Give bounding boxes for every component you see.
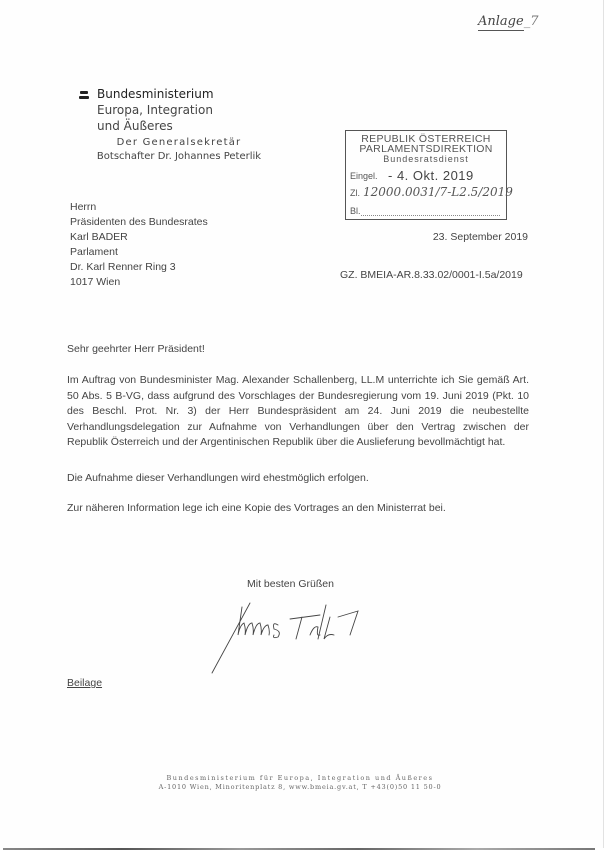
stamp-line: PARLAMENTSDIREKTION [346, 144, 506, 154]
enclosure-label: Beilage [67, 677, 102, 689]
stamp-bl-label: Bl. [350, 206, 361, 216]
sender-block: Der Generalsekretär Botschafter Dr. Joha… [79, 136, 279, 164]
body-paragraph: Die Aufnahme dieser Verhandlungen wird e… [67, 471, 529, 487]
annex-label-text: Anlage [478, 14, 524, 31]
ministry-line: Bundesministerium [97, 86, 214, 102]
recipient-line: Dr. Karl Renner Ring 3 [70, 260, 208, 275]
footer-line: A-1010 Wien, Minoritenplatz 8, www.bmeia… [130, 783, 470, 792]
recipient-line: Parlament [70, 245, 208, 260]
letter-footer: Bundesministerium für Europa, Integratio… [130, 774, 470, 792]
letter-date: 23. September 2019 [433, 231, 528, 243]
recipient-line: Herrn [70, 200, 208, 215]
annex-number: 7 [530, 14, 538, 29]
recipient-address: Herrn Präsidenten des Bundesrates Karl B… [70, 200, 208, 290]
ministry-line: und Äußeres [97, 118, 214, 134]
stamp-zl-label: Zl. [350, 188, 360, 198]
handwritten-annex-label: Anlage_7 [478, 14, 538, 29]
recipient-line: 1017 Wien [70, 275, 208, 290]
stamp-line: Bundesratsdienst [346, 154, 506, 164]
parliament-receipt-stamp: REPUBLIK ÖSTERREICH PARLAMENTSDIREKTION … [345, 130, 507, 220]
handwritten-signature [210, 595, 370, 675]
footer-line: Bundesministerium für Europa, Integratio… [130, 774, 470, 783]
stamp-received-label: Eingel. [350, 171, 378, 181]
ministry-line: Europa, Integration [97, 102, 214, 118]
stamp-received-date: - 4. Okt. 2019 [388, 168, 474, 183]
reference-number: GZ. BMEIA-AR.8.33.02/0001-I.5a/2019 [340, 269, 523, 281]
ministry-logo-text: Bundesministerium Europa, Integration un… [97, 86, 214, 134]
sender-title: Der Generalsekretär [79, 136, 279, 150]
austrian-flag-logo-icon [79, 91, 89, 100]
body-paragraph: Im Auftrag von Bundesminister Mag. Alexa… [67, 373, 529, 451]
sender-name: Botschafter Dr. Johannes Peterlik [79, 150, 279, 164]
recipient-line: Präsidenten des Bundesrates [70, 215, 208, 230]
closing-phrase: Mit besten Grüßen [247, 578, 334, 590]
salutation: Sehr geehrter Herr Präsident! [67, 343, 205, 355]
stamp-bl-dotted-line [361, 215, 500, 216]
page-edge-shadow [3, 848, 595, 850]
recipient-line: Karl BADER [70, 230, 208, 245]
stamp-zl-value: 12000.0031/7-L2.5/2019 [363, 185, 513, 199]
letter-page: Anlage_7 Bundesministerium Europa, Integ… [0, 0, 604, 848]
body-paragraph: Zur näheren Information lege ich eine Ko… [67, 501, 529, 517]
